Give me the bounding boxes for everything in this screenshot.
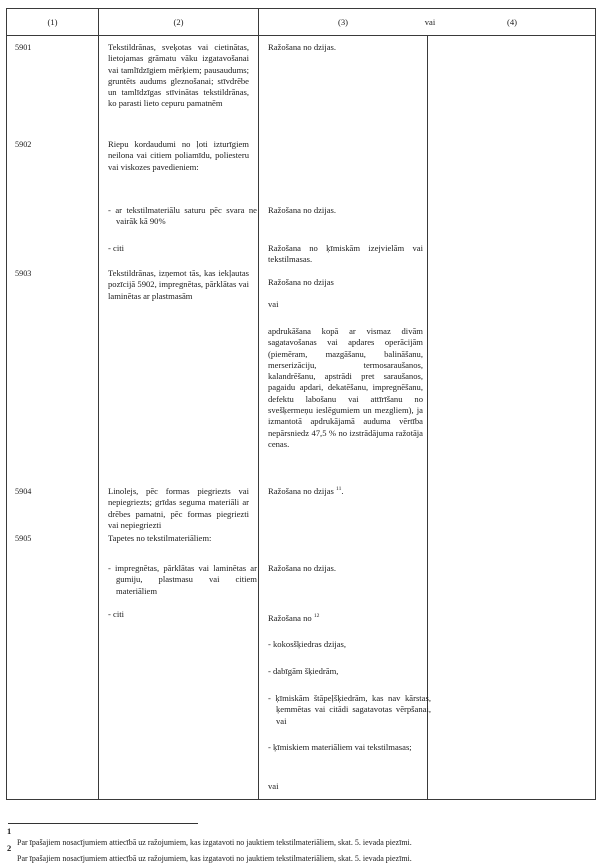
product-description: Tapetes no tekstilmateriāliem: [108, 533, 249, 544]
header-col4: (4) [428, 17, 596, 28]
column-divider [258, 9, 259, 799]
product-description: Riepu kordaudumi no ļoti izturīgiem neil… [108, 139, 249, 173]
product-description: Tekstildrānas, izņemot tās, kas iekļauta… [108, 268, 249, 302]
processing-rule: Ražošana no dzijas [268, 277, 423, 288]
processing-end: . [341, 486, 343, 496]
processing-rule: Ražošana no dzijas. [268, 205, 418, 216]
processing-or: vai [268, 299, 423, 310]
hs-code: 5903 [15, 268, 31, 279]
processing-rule: apdrukāšana kopā ar vismaz divām sagatav… [268, 326, 423, 450]
header-col2: (2) [99, 17, 258, 28]
processing-rule: Ražošana no 12 [268, 613, 423, 624]
product-subitem: - citi [108, 609, 249, 620]
product-subitem: - citi [108, 243, 249, 254]
product-subitem: - ar tekstilmateriālu saturu pēc svara n… [108, 205, 257, 228]
footnote-text: Par īpašajiem nosacījumiem attiecībā uz … [17, 853, 412, 864]
processing-text: Ražošana no dzijas [268, 486, 334, 496]
footnote-number: 2 [7, 843, 11, 854]
material-option: - dabīgām šķiedrām, [268, 666, 423, 677]
processing-rule: Ražošana no ķīmiskām izejvielām vai teks… [268, 243, 423, 266]
processing-rule: Ražošana no dzijas 11. [268, 486, 423, 497]
hs-code: 5905 [15, 533, 31, 544]
header-col3: (3) [259, 17, 427, 28]
hs-code: 5904 [15, 486, 31, 497]
product-description: Linolejs, pēc formas piegriezts vai nepi… [108, 486, 249, 531]
column-divider [427, 35, 428, 799]
hs-code: 5901 [15, 42, 31, 53]
processing-rule: Ražošana no dzijas. [268, 563, 423, 574]
material-option: - ķīmiskiem materiāliem vai tekstilmasas… [268, 742, 431, 753]
footnote-ref[interactable]: 12 [314, 613, 320, 619]
header-col1: (1) [7, 17, 98, 28]
footnote-separator [8, 823, 198, 824]
material-option: - ķīmiskām štāpeļšķiedrām, kas nav kārst… [268, 693, 431, 727]
material-option: - kokosšķiedras dzijas, [268, 639, 423, 650]
processing-text: Ražošana no [268, 613, 312, 623]
product-subitem: - impregnētas, pārklātas vai laminētas a… [108, 563, 257, 597]
column-divider [98, 9, 99, 799]
footnote-text: Par īpašajiem nosacījumiem attiecībā uz … [17, 837, 412, 848]
footnote-number: 1 [7, 826, 11, 837]
product-description: Tekstildrānas, sveķotas vai cietinātas, … [108, 42, 249, 110]
rules-table: (1) (2) (3) vai (4) 5901 Tekstildrānas, … [6, 8, 596, 800]
processing-or: vai [268, 781, 423, 792]
hs-code: 5902 [15, 139, 31, 150]
processing-rule: Ražošana no dzijas. [268, 42, 418, 53]
header-divider [7, 35, 595, 36]
